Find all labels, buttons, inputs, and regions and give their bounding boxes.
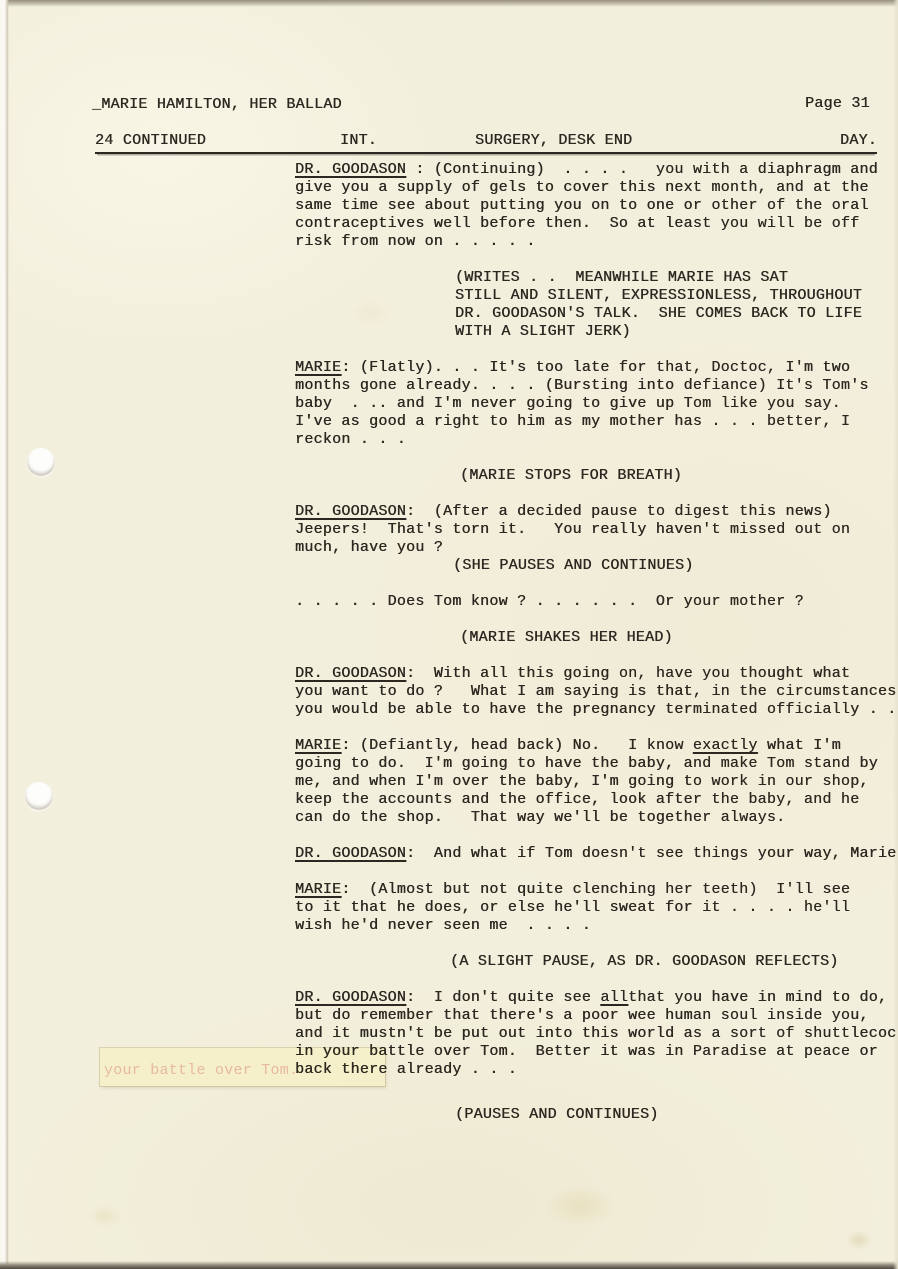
speech-block: . . . . . Does Tom know ? . . . . . . Or… (295, 593, 895, 611)
underlined-text: DR. GOODASON (295, 665, 406, 682)
script-line: months gone already. . . . (Bursting int… (295, 377, 895, 395)
script-line: . . . . . Does Tom know ? . . . . . . Or… (295, 593, 895, 611)
script-line: (A SLIGHT PAUSE, AS DR. GOODASON REFLECT… (450, 953, 895, 971)
speech-block: DR. GOODASON: And what if Tom doesn't se… (295, 845, 895, 863)
scene-location: SURGERY, DESK END (475, 132, 632, 150)
scan-edge-bottom (0, 1261, 898, 1269)
script-line: and it mustn't be put out into this worl… (295, 1025, 895, 1043)
script-body: DR. GOODASON : (Continuing) . . . . you … (295, 161, 895, 1124)
scene-time: DAY. (840, 132, 877, 150)
script-line: DR. GOODASON'S TALK. SHE COMES BACK TO L… (455, 305, 895, 323)
script-line: DR. GOODASON : (Continuing) . . . . you … (295, 161, 895, 179)
speech-block: DR. GOODASON: I don't quite see allthat … (295, 989, 895, 1079)
paper-stain (88, 1205, 122, 1227)
scan-edge-top (0, 0, 898, 7)
script-line: you want to do ? What I am saying is tha… (295, 683, 895, 701)
stage-direction: (MARIE SHAKES HER HEAD) (295, 629, 895, 647)
speech-block: DR. GOODASON: (After a decided pause to … (295, 503, 895, 557)
script-line: MARIE: (Flatly). . . It's too late for t… (295, 359, 895, 377)
script-line: but do remember that there's a poor wee … (295, 1007, 895, 1025)
script-line: baby . .. and I'm never going to give up… (295, 395, 895, 413)
punch-hole-bottom (25, 782, 53, 810)
paper-stain (545, 1185, 615, 1227)
underlined-text: MARIE (295, 881, 341, 898)
script-line: (MARIE SHAKES HER HEAD) (460, 629, 895, 647)
script-line: I've as good a right to him as my mother… (295, 413, 895, 431)
script-line: same time see about putting you on to on… (295, 197, 895, 215)
stage-direction: (MARIE STOPS FOR BREATH) (295, 467, 895, 485)
script-line: MARIE: (Defiantly, head back) No. I know… (295, 737, 895, 755)
script-line: back there already . . . (295, 1061, 895, 1079)
script-line: reckon . . . (295, 431, 895, 449)
underlined-text: all (600, 989, 628, 1006)
script-line: contraceptives well before then. So at l… (295, 215, 895, 233)
underlined-text: DR. GOODASON (295, 989, 406, 1006)
underlined-text: MARIE (295, 737, 341, 754)
ghost-typed-text: your battle over Tom. (104, 1062, 298, 1080)
script-line: in your battle over Tom. Better it was i… (295, 1043, 895, 1061)
speech-block: MARIE: (Flatly). . . It's too late for t… (295, 359, 895, 449)
underlined-text: MARIE (295, 359, 341, 376)
stage-direction: (A SLIGHT PAUSE, AS DR. GOODASON REFLECT… (295, 953, 895, 971)
speech-block: MARIE: (Almost but not quite clenching h… (295, 881, 895, 935)
script-line: keep the accounts and the office, look a… (295, 791, 895, 809)
scene-heading: 24 CONTINUED INT. SURGERY, DESK END DAY. (95, 132, 877, 154)
scene-number: 24 CONTINUED (95, 132, 206, 150)
script-line: DR. GOODASON: I don't quite see allthat … (295, 989, 895, 1007)
paper-stain (845, 1230, 873, 1250)
script-line: (SHE PAUSES AND CONTINUES) (453, 557, 895, 575)
script-line: risk from now on . . . . . (295, 233, 895, 251)
stage-direction: (WRITES . . MEANWHILE MARIE HAS SATSTILL… (295, 269, 895, 341)
script-line: DR. GOODASON: With all this going on, ha… (295, 665, 895, 683)
script-line: (WRITES . . MEANWHILE MARIE HAS SAT (455, 269, 895, 287)
underlined-text: exactly (693, 737, 758, 754)
script-line: (MARIE STOPS FOR BREATH) (460, 467, 895, 485)
script-line: (PAUSES AND CONTINUES) (455, 1106, 895, 1124)
speech-block: DR. GOODASON : (Continuing) . . . . you … (295, 161, 895, 251)
document-title: _MARIE HAMILTON, HER BALLAD (92, 96, 342, 114)
script-line: Jeepers! That's torn it. You really have… (295, 521, 895, 539)
underlined-text: DR. GOODASON (295, 503, 406, 520)
punch-hole-top (27, 448, 55, 476)
script-line: going to do. I'm going to have the baby,… (295, 755, 895, 773)
script-line: you would be able to have the pregnancy … (295, 701, 895, 719)
script-line: me, and when I'm over the baby, I'm goin… (295, 773, 895, 791)
page-number: Page 31 (805, 95, 870, 113)
script-line: give you a supply of gels to cover this … (295, 179, 895, 197)
script-page: _MARIE HAMILTON, HER BALLAD Page 31 24 C… (0, 0, 898, 1269)
script-line: can do the shop. That way we'll be toget… (295, 809, 895, 827)
script-line: wish he'd never seen me . . . . (295, 917, 895, 935)
speech-block: MARIE: (Defiantly, head back) No. I know… (295, 737, 895, 827)
script-line: DR. GOODASON: (After a decided pause to … (295, 503, 895, 521)
speech-block: DR. GOODASON: With all this going on, ha… (295, 665, 895, 719)
stage-direction: (PAUSES AND CONTINUES) (295, 1106, 895, 1124)
stage-direction: (SHE PAUSES AND CONTINUES) (295, 557, 895, 575)
scene-setting: INT. (340, 132, 377, 150)
underlined-text: DR. GOODASON (295, 845, 406, 862)
script-line: DR. GOODASON: And what if Tom doesn't se… (295, 845, 895, 863)
script-line: WITH A SLIGHT JERK) (455, 323, 895, 341)
script-line: MARIE: (Almost but not quite clenching h… (295, 881, 895, 899)
underlined-text: DR. GOODASON (295, 161, 406, 178)
script-line: to it that he does, or else he'll sweat … (295, 899, 895, 917)
script-line: much, have you ? (295, 539, 895, 557)
scan-edge-left (0, 0, 9, 1269)
script-line: STILL AND SILENT, EXPRESSIONLESS, THROUG… (455, 287, 895, 305)
